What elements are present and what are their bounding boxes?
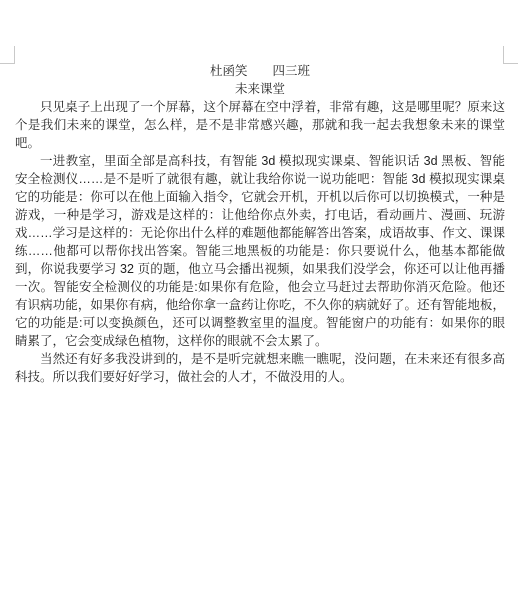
paragraph-3: 当然还有好多我没讲到的，是不是听完就想来瞧一瞧呢，没问题，在未来还有很多高科技。… xyxy=(15,350,505,386)
text-boundary-mark-top-left xyxy=(0,46,15,64)
document-content[interactable]: 杜函笑 四三班 未来课堂 只见桌子上出现了一个屏幕，这个屏幕在空中浮着，非常有趣… xyxy=(15,62,505,386)
text-boundary-mark-top-right xyxy=(503,46,518,64)
document-title: 未来课堂 xyxy=(15,80,505,98)
paragraph-2: 一进教室，里面全部是高科技，有智能 3d 模拟现实课桌、智能识话 3d 黑板、智… xyxy=(15,152,505,350)
document-page: 杜函笑 四三班 未来课堂 只见桌子上出现了一个屏幕，这个屏幕在空中浮着，非常有趣… xyxy=(0,0,518,610)
paragraph-1: 只见桌子上出现了一个屏幕，这个屏幕在空中浮着，非常有趣，这是哪里呢？原来这个是我… xyxy=(15,98,505,152)
author-line: 杜函笑 四三班 xyxy=(15,62,505,80)
